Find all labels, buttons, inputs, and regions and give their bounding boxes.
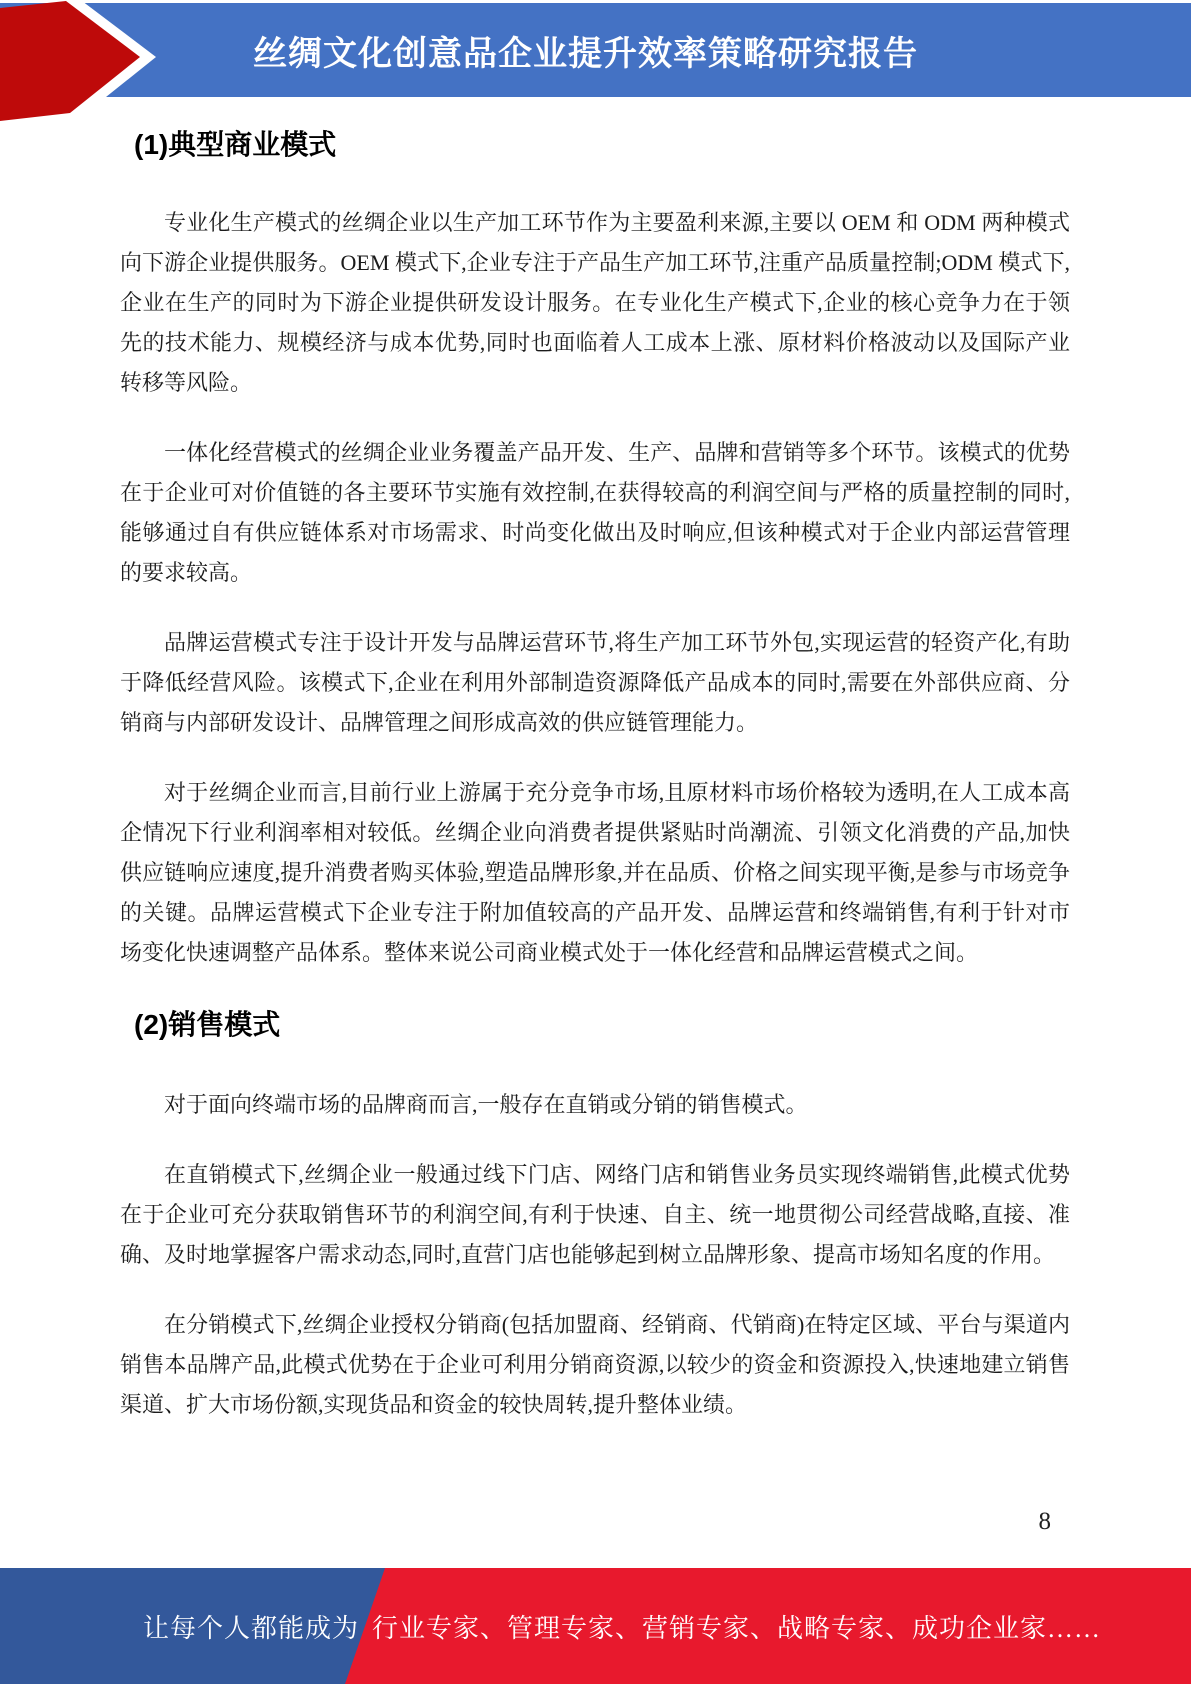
paragraph: 一体化经营模式的丝绸企业业务覆盖产品开发、生产、品牌和营销等多个环节。该模式的优… bbox=[120, 433, 1070, 593]
paragraph: 专业化生产模式的丝绸企业以生产加工环节作为主要盈利来源,主要以 OEM 和 OD… bbox=[120, 203, 1070, 403]
section-heading-2: (2)销售模式 bbox=[134, 1003, 1070, 1043]
paragraph: 在直销模式下,丝绸企业一般通过线下门店、网络门店和销售业务员实现终端销售,此模式… bbox=[120, 1155, 1070, 1275]
footer-slogan-right: 行业专家、管理专家、营销专家、战略专家、成功企业家…… bbox=[372, 1568, 1101, 1684]
page-number: 8 bbox=[1039, 1508, 1052, 1536]
footer-slogan-left: 让每个人都能成为 bbox=[143, 1568, 359, 1684]
document-body: (1)典型商业模式 专业化生产模式的丝绸企业以生产加工环节作为主要盈利来源,主要… bbox=[120, 97, 1070, 1455]
paragraph: 对于丝绸企业而言,目前行业上游属于充分竞争市场,且原材料市场价格较为透明,在人工… bbox=[120, 773, 1070, 973]
header-arrow-icon bbox=[0, 0, 210, 130]
paragraph: 在分销模式下,丝绸企业授权分销商(包括加盟商、经销商、代销商)在特定区域、平台与… bbox=[120, 1305, 1070, 1425]
page-footer: 让每个人都能成为 行业专家、管理专家、营销专家、战略专家、成功企业家…… bbox=[0, 1568, 1191, 1684]
paragraph: 对于面向终端市场的品牌商而言,一般存在直销或分销的销售模式。 bbox=[120, 1085, 1070, 1125]
paragraph: 品牌运营模式专注于设计开发与品牌运营环节,将生产加工环节外包,实现运营的轻资产化… bbox=[120, 623, 1070, 743]
section-heading-1: (1)典型商业模式 bbox=[134, 123, 1070, 163]
